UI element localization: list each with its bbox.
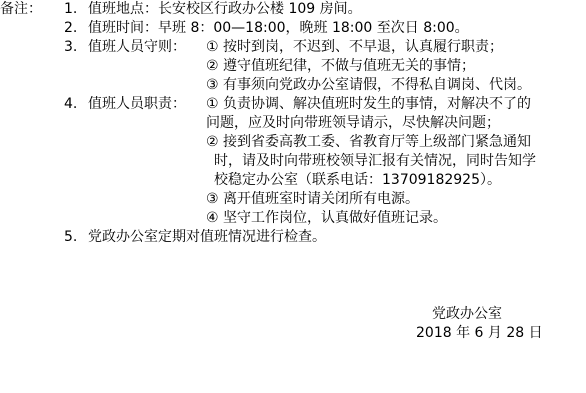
item-1-text: 值班地点：长安校区行政办公楼 109 房间。 <box>88 0 362 19</box>
item-5-number: 5. <box>64 228 77 247</box>
item-4-sub-2b: 时，请及时向带班校领导汇报有关情况，同时告知学 <box>214 152 536 171</box>
item-1-number: 1. <box>64 0 77 19</box>
signature-office: 党政办公室 <box>432 305 502 324</box>
item-5-text: 党政办公室定期对值班情况进行检查。 <box>88 228 326 247</box>
item-3-sub-3: ③ 有事须向党政办公室请假，不得私自调岗、代岗。 <box>206 76 531 95</box>
signature-date: 2018 年 6 月 28 日 <box>416 324 543 343</box>
item-3-label: 值班人员守则： <box>88 38 186 57</box>
item-3-sub-2: ② 遵守值班纪律，不做与值班无关的事情； <box>206 57 475 76</box>
item-2-text: 值班时间：早班 8：00—18:00，晚班 18:00 至次日 8:00。 <box>88 19 469 38</box>
item-4-number: 4. <box>64 95 77 114</box>
item-4-sub-1a: ① 负责协调、解决值班时发生的事情，对解决不了的 <box>206 95 531 114</box>
item-4-sub-4: ④ 坚守工作岗位，认真做好值班记录。 <box>206 209 447 228</box>
note-label: 备注： <box>0 0 42 19</box>
item-3-sub-1: ① 按时到岗，不迟到、不早退，认真履行职责； <box>206 38 503 57</box>
item-2-number: 2. <box>64 19 77 38</box>
item-4-sub-3: ③ 离开值班室时请关闭所有电源。 <box>206 190 419 209</box>
item-4-label: 值班人员职责： <box>88 95 186 114</box>
item-4-sub-1b: 问题，应及时向带班领导请示，尽快解决问题； <box>206 114 500 133</box>
item-3-number: 3. <box>64 38 77 57</box>
item-4-sub-2c: 校稳定办公室（联系电话：13709182925）。 <box>214 171 501 190</box>
item-4-sub-2a: ② 接到省委高教工委、省教育厅等上级部门紧急通知 <box>206 133 531 152</box>
